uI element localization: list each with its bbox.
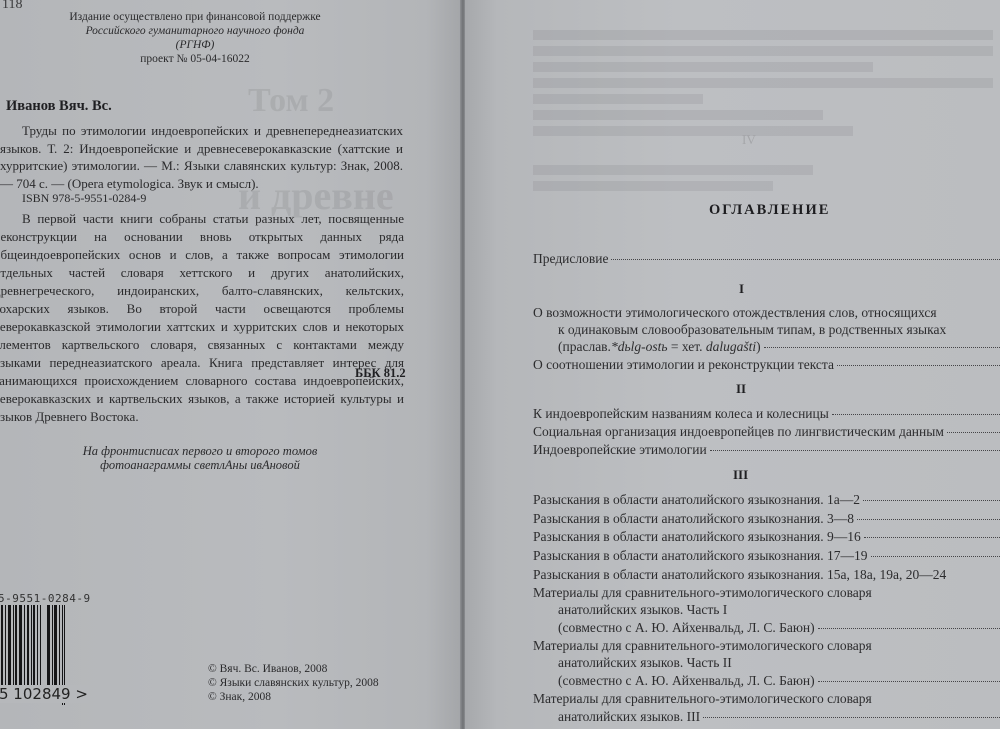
toc-entry-title: (совместно с А. Ю. Айхенвальд, Л. С. Баю… [558,619,815,636]
funding-line: (РГНФ) [30,38,360,52]
toc-entry-title: Разыскания в области анатолийского языко… [533,528,861,545]
toc-entry-title: анатолийских языков. Часть I [558,601,727,618]
copyright-line: © Языки славянских культур, 2008 [208,677,408,691]
toc-entry-title: Индоевропейские этимологии [533,441,707,458]
dot-leader [832,414,1000,415]
toc-entry-preface[interactable]: Предисловие [533,250,1000,267]
author-heading: Иванов Вяч. Вс. [6,98,112,115]
dot-leader [863,500,1000,501]
dot-leader [837,365,1000,366]
left-page: Том 2 и древне 118 Издание осуществлено … [0,0,463,729]
funding-line: Издание осуществлено при финансовой подд… [30,10,360,24]
bibliographic-description: Труды по этимологии индоевропейских и др… [0,122,403,192]
barcode-bottom-digits: 5 102849 > [0,685,89,703]
toc-entry-italic: *dьlg-ostь [611,338,668,355]
showthrough-text: Том 2 [248,82,334,120]
dot-leader [710,450,1000,451]
toc-entry-title: Предисловие [533,250,608,267]
dot-leader [818,681,1000,682]
toc-entry-title: Социальная организация индоевропейцев по… [533,423,944,440]
frontispiece-note: На фронтисписах первого и второго томов [75,444,325,458]
frontispiece-note: фотоанаграммы светлАны ивАновой [75,458,325,472]
toc-entry-title: О соотношении этимологии и реконструкции… [533,356,834,373]
dot-leader [864,537,1000,538]
toc-entry-continuation: анатолийских языков. III [558,708,1000,725]
dot-leader [947,432,1000,433]
toc-entry[interactable]: О возможности этимологического отождеств… [533,304,1000,321]
toc-entry[interactable]: Материалы для сравнительного-этимологиче… [533,584,1000,601]
toc-entry-continuation: (совместно с А. Ю. Айхенвальд, Л. С. Баю… [558,619,1000,636]
toc-entry-title: (совместно с А. Ю. Айхенвальд, Л. С. Баю… [558,672,815,689]
toc-entry-title: Материалы для сравнительного-этимологиче… [533,637,872,654]
toc-entry-title: Разыскания в области анатолийского языко… [533,510,854,527]
toc-entry-title: Материалы для сравнительного-этимологиче… [533,584,872,601]
abstract: В первой части книги собраны статьи разн… [0,210,404,426]
toc-title: ОГЛАВЛЕНИЕ [709,202,830,219]
toc-entry[interactable]: Разыскания в области анатолийского языко… [533,510,1000,527]
toc-entry[interactable]: Материалы для сравнительного-этимологиче… [533,690,1000,707]
copyright-line: © Знак, 2008 [208,691,408,705]
copyright-line: © Вяч. Вс. Иванов, 2008 [208,663,408,677]
section-numeral: I [739,281,744,297]
toc-entry[interactable]: О соотношении этимологии и реконструкции… [533,356,1000,373]
toc-entry-text: ) [756,338,761,355]
toc-entry-continuation: (праслав. *dьlg-ostь = хет. dalugašti) [558,338,1000,355]
toc-entry[interactable]: Разыскания в области анатолийского языко… [533,491,1000,508]
barcode-top-digits: 5-9551-0284-9 [0,592,91,605]
section-numeral: II [736,381,746,397]
toc-entry-title: Разыскания в области анатолийского языко… [533,566,946,583]
toc-entry-text: (праслав. [558,338,611,355]
dot-leader [611,259,1000,260]
toc-entry-title: анатолийских языков. III [558,708,700,725]
toc-entry-title: Разыскания в области анатолийского языко… [533,491,860,508]
dot-leader [703,717,1000,718]
isbn: ISBN 978-5-9551-0284-9 [22,191,146,206]
toc-entry[interactable]: Индоевропейские этимологии [533,441,1000,458]
funding-line: Российского гуманитарного научного фонда [30,24,360,38]
toc-entry-title: Материалы для сравнительного-этимологиче… [533,690,872,707]
dot-leader [818,628,1000,629]
toc-entry-continuation: анатолийских языков. Часть I [558,601,1000,618]
section-numeral: III [733,467,748,483]
toc-entry-title: Разыскания в области анатолийского языко… [533,547,868,564]
dot-leader [871,556,1000,557]
toc-entry-continuation: (совместно с А. Ю. Айхенвальд, Л. С. Баю… [558,672,1000,689]
toc-entry-italic: dalugašti [706,338,756,355]
funding-project: проект № 05-04-16022 [30,52,360,66]
toc-entry-continuation: к одинаковым словообразовательным типам,… [558,321,1000,338]
toc-entry[interactable]: Материалы для сравнительного-этимологиче… [533,637,1000,654]
toc-entry-title: О возможности этимологического отождеств… [533,304,937,321]
toc-entry-title: к одинаковым словообразовательным типам,… [558,321,946,338]
showthrough-numeral: IV [742,132,756,148]
toc-entry[interactable]: Разыскания в области анатолийского языко… [533,566,1000,583]
toc-entry[interactable]: Социальная организация индоевропейцев по… [533,423,1000,440]
toc-entry-title: анатолийских языков. Часть II [558,654,732,671]
bbk-code: ББК 81.2 [355,366,406,381]
toc-entry[interactable]: Разыскания в области анатолийского языко… [533,547,1000,564]
right-page: IV ОГЛАВЛЕНИЕ Предисловие I О возможност… [465,0,1000,729]
toc-entry-continuation: анатолийских языков. Часть II [558,654,1000,671]
toc-entry[interactable]: Разыскания в области анатолийского языко… [533,528,1000,545]
dot-leader [857,519,1000,520]
dot-leader [764,347,1000,348]
toc-entry-text: = хет. [667,338,705,355]
toc-entry-title: К индоевропейским названиям колеса и кол… [533,405,829,422]
page-number: 118 [2,0,22,13]
toc-entry[interactable]: К индоевропейским названиям колеса и кол… [533,405,1000,422]
